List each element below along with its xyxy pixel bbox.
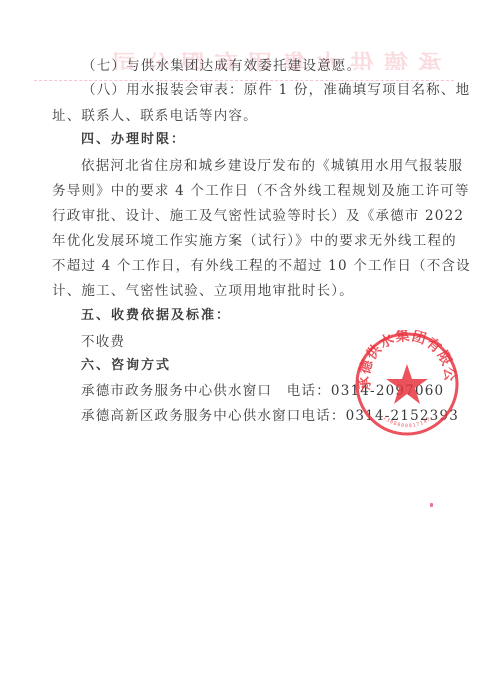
ink-speck: [430, 503, 433, 507]
section-6-heading: 六、咨询方式: [81, 357, 171, 375]
section-4-line: 不超过 4 个工作日，有外线工程的不超过 10 个工作日（不含设: [52, 257, 446, 275]
section-4-line: 行政审批、设计、施工及气密性试验等时长）及《承德市 2022: [52, 207, 446, 225]
company-seal: 承德供水集团有限公司 1308000017147: [353, 330, 461, 438]
item-7: （七）与供水集团达成有效委托建设意愿。: [82, 57, 361, 75]
svg-text:1308000017147: 1308000017147: [382, 415, 433, 429]
section-4-line: 依据河北省住房和城乡建设厅发布的《城镇用水用气报装服: [81, 157, 445, 175]
section-4-line: 年优化发展环境工作实施方案（试行）》中的要求无外线工程的: [52, 232, 446, 250]
seal-stamp-icon: 承德供水集团有限公司 1308000017147: [353, 330, 461, 438]
section-4-heading: 四、办理时限：: [81, 131, 186, 149]
section-4-line: 务导则》中的要求 4 个工作日（不含外线工程规划及施工许可等: [52, 182, 446, 200]
section-5-body: 不收费: [81, 333, 125, 351]
section-4-line: 计、施工、气密性试验、立项用地审批时长）。: [52, 282, 354, 300]
section-5-heading: 五、收费依据及标准：: [81, 307, 231, 325]
item-8-line-2: 址、联系人、联系电话等内容。: [52, 107, 258, 125]
item-8-line-1: （八）用水报装会审表：原件 1 份，准确填写项目名称、地: [82, 81, 446, 99]
